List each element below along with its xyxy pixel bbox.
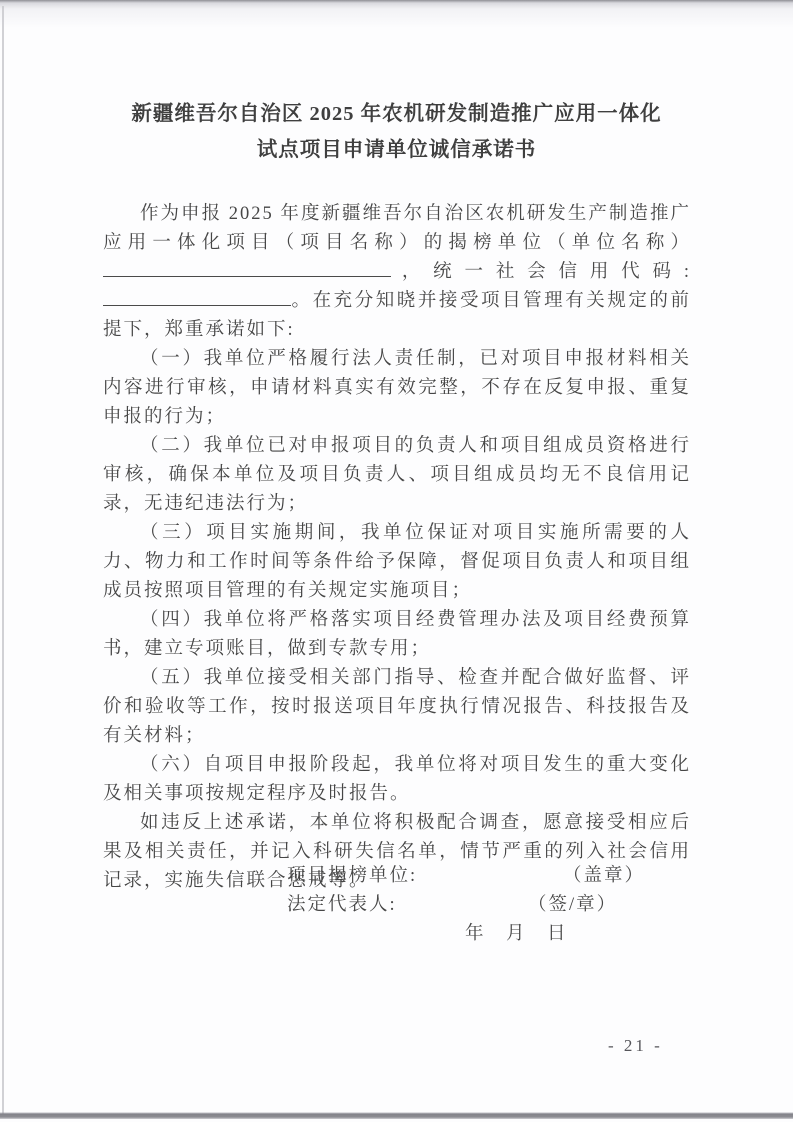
intro-paragraph: 作为申报 2025 年度新疆维吾尔自治区农机研发生产制造推广应用一体化项目（项目…	[103, 200, 691, 345]
clause-1: （一）我单位严格履行法人责任制，已对项目申报材料相关内容进行审核，申请材料真实有…	[103, 345, 691, 432]
document-title-line2: 试点项目申请单位诚信承诺书	[0, 132, 793, 168]
clause-4: （四）我单位将严格落实项目经费管理办法及项目经费预算书，建立专项账目，做到专款专…	[103, 606, 691, 664]
signature-unit-label: 项目揭榜单位:	[287, 862, 417, 891]
scan-edge-bottom	[0, 1112, 793, 1119]
scan-edge-left	[2, 6, 4, 1114]
clause-3: （三）项目实施期间，我单位保证对项目实施所需要的人力、物力和工作时间等条件给予保…	[103, 519, 691, 606]
signature-legal-seal: （签/章）	[528, 891, 617, 920]
clause-5: （五）我单位接受相关部门指导、检查并配合做好监督、评价和验收等工作，按时报送项目…	[103, 664, 691, 751]
document-page: 新疆维吾尔自治区 2025 年农机研发制造推广应用一体化 试点项目申请单位诚信承…	[0, 0, 793, 1122]
unit-name-blank-line	[103, 260, 391, 277]
page-number: - 21 -	[608, 1036, 663, 1056]
intro-text-1: 作为申报 2025 年度新疆维吾尔自治区农机研发生产制造推广应用一体化项目（项目…	[103, 204, 691, 253]
document-title-line1: 新疆维吾尔自治区 2025 年农机研发制造推广应用一体化	[0, 96, 793, 132]
signature-block: 项目揭榜单位: （盖章） 法定代表人: （签/章） 年 月 日	[103, 862, 691, 949]
signature-unit-seal: （盖章）	[563, 862, 645, 891]
scan-edge-top	[0, 0, 793, 28]
document-body: 作为申报 2025 年度新疆维吾尔自治区农机研发生产制造推广应用一体化项目（项目…	[103, 200, 691, 896]
signature-legal-row: 法定代表人: （签/章）	[103, 891, 691, 920]
document-title: 新疆维吾尔自治区 2025 年农机研发制造推广应用一体化 试点项目申请单位诚信承…	[0, 96, 793, 168]
credit-code-blank-line	[103, 289, 291, 306]
signature-date-line: 年 月 日	[465, 920, 568, 949]
signature-unit-row: 项目揭榜单位: （盖章）	[103, 862, 691, 891]
signature-legal-label: 法定代表人:	[287, 891, 397, 920]
clause-2: （二）我单位已对申报项目的负责人和项目组成员资格进行审核，确保本单位及项目负责人…	[103, 432, 691, 519]
clause-6: （六）自项目申报阶段起，我单位将对项目发生的重大变化及相关事项按规定程序及时报告…	[103, 751, 691, 809]
intro-text-2: ，统一社会信用代码:	[391, 262, 691, 282]
signature-date-row: 年 月 日	[103, 920, 691, 949]
